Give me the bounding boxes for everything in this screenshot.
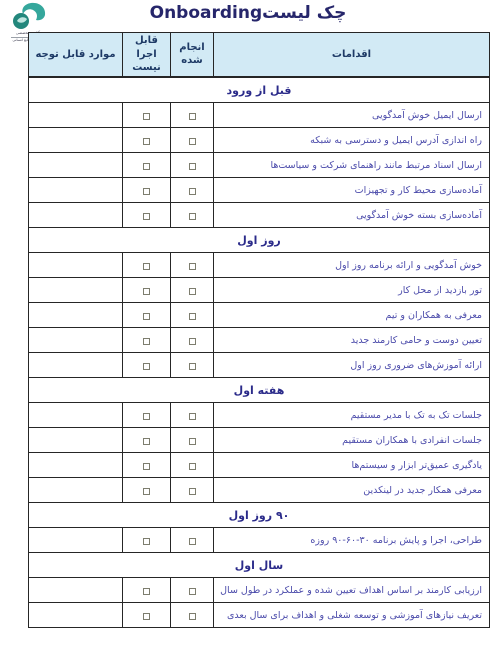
done-checkbox-cell <box>171 403 214 428</box>
not-applicable-checkbox-cell <box>123 478 171 503</box>
done-checkbox-cell <box>171 578 214 603</box>
not-applicable-checkbox[interactable] <box>143 213 150 220</box>
action-label: یادگیری عمیق‌تر ابزار و سیستم‌ها <box>214 453 490 478</box>
not-applicable-checkbox-cell <box>123 328 171 353</box>
not-applicable-checkbox-cell <box>123 153 171 178</box>
notes-cell[interactable] <box>29 128 123 153</box>
checklist-row: ارزیابی کارمند بر اساس اهداف تعیین شده و… <box>29 578 490 603</box>
not-applicable-checkbox-cell <box>123 303 171 328</box>
document-page: آکادمی تخصصی مدیریت منابع انسانی چک لیست… <box>0 0 496 655</box>
section-row: ۹۰ روز اول <box>29 503 490 528</box>
done-checkbox-cell <box>171 353 214 378</box>
checklist-row: ارائه آموزش‌های ضروری روز اول <box>29 353 490 378</box>
column-header-actions: اقدامات <box>214 33 490 77</box>
done-checkbox-cell <box>171 453 214 478</box>
done-checkbox[interactable] <box>189 438 196 445</box>
action-label: ارائه آموزش‌های ضروری روز اول <box>214 353 490 378</box>
done-checkbox[interactable] <box>189 113 196 120</box>
done-checkbox[interactable] <box>189 338 196 345</box>
not-applicable-checkbox-cell <box>123 103 171 128</box>
done-checkbox[interactable] <box>189 138 196 145</box>
notes-cell[interactable] <box>29 453 123 478</box>
not-applicable-checkbox[interactable] <box>143 163 150 170</box>
not-applicable-checkbox-cell <box>123 278 171 303</box>
notes-cell[interactable] <box>29 303 123 328</box>
header-row: اقدامات انجام شده قابل اجرا نیست موارد ق… <box>29 33 490 77</box>
checklist-header-table: اقدامات انجام شده قابل اجرا نیست موارد ق… <box>28 32 490 77</box>
not-applicable-checkbox[interactable] <box>143 363 150 370</box>
not-applicable-checkbox[interactable] <box>143 613 150 620</box>
done-checkbox[interactable] <box>189 413 196 420</box>
not-applicable-checkbox[interactable] <box>143 338 150 345</box>
action-label: ارزیابی کارمند بر اساس اهداف تعیین شده و… <box>214 578 490 603</box>
checklist-row: خوش آمدگویی و ارائه برنامه روز اول <box>29 253 490 278</box>
done-checkbox[interactable] <box>189 288 196 295</box>
not-applicable-checkbox-cell <box>123 178 171 203</box>
notes-cell[interactable] <box>29 403 123 428</box>
done-checkbox-cell <box>171 153 214 178</box>
done-checkbox[interactable] <box>189 588 196 595</box>
notes-cell[interactable] <box>29 603 123 628</box>
not-applicable-checkbox[interactable] <box>143 263 150 270</box>
not-applicable-checkbox[interactable] <box>143 113 150 120</box>
checklist-body: قبل از ورودارسال ایمیل خوش آمدگوییراه ان… <box>29 78 490 628</box>
done-checkbox[interactable] <box>189 488 196 495</box>
done-checkbox[interactable] <box>189 463 196 470</box>
done-checkbox-cell <box>171 203 214 228</box>
done-checkbox-cell <box>171 603 214 628</box>
notes-cell[interactable] <box>29 103 123 128</box>
done-checkbox-cell <box>171 128 214 153</box>
not-applicable-checkbox-cell <box>123 603 171 628</box>
section-row: سال اول <box>29 553 490 578</box>
notes-cell[interactable] <box>29 478 123 503</box>
not-applicable-checkbox[interactable] <box>143 138 150 145</box>
done-checkbox[interactable] <box>189 363 196 370</box>
section-title: قبل از ورود <box>29 78 490 103</box>
done-checkbox[interactable] <box>189 163 196 170</box>
section-row: روز اول <box>29 228 490 253</box>
action-label: تعریف نیازهای آموزشی و توسعه شغلی و اهدا… <box>214 603 490 628</box>
not-applicable-checkbox[interactable] <box>143 463 150 470</box>
checklist-row: تعریف نیازهای آموزشی و توسعه شغلی و اهدا… <box>29 603 490 628</box>
section-title: هفته اول <box>29 378 490 403</box>
action-label: جلسات تک به تک با مدیر مستقیم <box>214 403 490 428</box>
notes-cell[interactable] <box>29 203 123 228</box>
done-checkbox-cell <box>171 528 214 553</box>
checklist-row: یادگیری عمیق‌تر ابزار و سیستم‌ها <box>29 453 490 478</box>
done-checkbox-cell <box>171 253 214 278</box>
action-label: تور بازدید از محل کار <box>214 278 490 303</box>
done-checkbox-cell <box>171 328 214 353</box>
not-applicable-checkbox-cell <box>123 253 171 278</box>
section-title: روز اول <box>29 228 490 253</box>
action-label: طراحی، اجرا و پایش برنامه ۳۰-۶۰-۹۰ روزه <box>214 528 490 553</box>
checklist-row: تور بازدید از محل کار <box>29 278 490 303</box>
action-label: تعیین دوست و حامی کارمند جدید <box>214 328 490 353</box>
done-checkbox[interactable] <box>189 613 196 620</box>
action-label: آماده‌سازی بسته خوش آمدگویی <box>214 203 490 228</box>
done-checkbox[interactable] <box>189 263 196 270</box>
action-label: آماده‌سازی محیط کار و تجهیزات <box>214 178 490 203</box>
done-checkbox[interactable] <box>189 213 196 220</box>
done-checkbox[interactable] <box>189 188 196 195</box>
notes-cell[interactable] <box>29 153 123 178</box>
not-applicable-checkbox-cell <box>123 128 171 153</box>
done-checkbox-cell <box>171 478 214 503</box>
notes-cell[interactable] <box>29 253 123 278</box>
section-title: سال اول <box>29 553 490 578</box>
action-label: ارسال ایمیل خوش آمدگویی <box>214 103 490 128</box>
action-label: معرفی همکار جدید در لینکدین <box>214 478 490 503</box>
checklist-row: معرفی همکار جدید در لینکدین <box>29 478 490 503</box>
not-applicable-checkbox-cell <box>123 403 171 428</box>
checklist-row: تعیین دوست و حامی کارمند جدید <box>29 328 490 353</box>
checklist-row: ارسال اسناد مرتبط مانند راهنمای شرکت و س… <box>29 153 490 178</box>
section-row: هفته اول <box>29 378 490 403</box>
not-applicable-checkbox[interactable] <box>143 488 150 495</box>
section-title: ۹۰ روز اول <box>29 503 490 528</box>
column-header-not-applicable: قابل اجرا نیست <box>123 33 171 77</box>
not-applicable-checkbox-cell <box>123 353 171 378</box>
section-row: قبل از ورود <box>29 78 490 103</box>
page-title: چک لیستOnboarding <box>0 3 496 23</box>
not-applicable-checkbox-cell <box>123 428 171 453</box>
notes-cell[interactable] <box>29 353 123 378</box>
done-checkbox[interactable] <box>189 538 196 545</box>
action-label: معرفی به همکاران و تیم <box>214 303 490 328</box>
checklist-row: ارسال ایمیل خوش آمدگویی <box>29 103 490 128</box>
column-header-done: انجام شده <box>171 33 214 77</box>
not-applicable-checkbox-cell <box>123 578 171 603</box>
checklist-row: معرفی به همکاران و تیم <box>29 303 490 328</box>
not-applicable-checkbox-cell <box>123 528 171 553</box>
notes-cell[interactable] <box>29 178 123 203</box>
checklist-row: آماده‌سازی بسته خوش آمدگویی <box>29 203 490 228</box>
checklist-row: آماده‌سازی محیط کار و تجهیزات <box>29 178 490 203</box>
not-applicable-checkbox[interactable] <box>143 438 150 445</box>
not-applicable-checkbox[interactable] <box>143 588 150 595</box>
notes-cell[interactable] <box>29 428 123 453</box>
not-applicable-checkbox-cell <box>123 453 171 478</box>
checklist-row: راه اندازی آدرس ایمیل و دسترسی به شبکه <box>29 128 490 153</box>
notes-cell[interactable] <box>29 328 123 353</box>
action-label: جلسات انفرادی با همکاران مستقیم <box>214 428 490 453</box>
not-applicable-checkbox[interactable] <box>143 413 150 420</box>
not-applicable-checkbox[interactable] <box>143 313 150 320</box>
not-applicable-checkbox[interactable] <box>143 538 150 545</box>
done-checkbox-cell <box>171 303 214 328</box>
done-checkbox-cell <box>171 103 214 128</box>
notes-cell[interactable] <box>29 278 123 303</box>
checklist-row: جلسات تک به تک با مدیر مستقیم <box>29 403 490 428</box>
action-label: ارسال اسناد مرتبط مانند راهنمای شرکت و س… <box>214 153 490 178</box>
notes-cell[interactable] <box>29 528 123 553</box>
column-header-notes: موارد قابل توجه <box>29 33 123 77</box>
not-applicable-checkbox-cell <box>123 203 171 228</box>
action-label: راه اندازی آدرس ایمیل و دسترسی به شبکه <box>214 128 490 153</box>
done-checkbox-cell <box>171 178 214 203</box>
checklist-row: طراحی، اجرا و پایش برنامه ۳۰-۶۰-۹۰ روزه <box>29 528 490 553</box>
notes-cell[interactable] <box>29 578 123 603</box>
done-checkbox[interactable] <box>189 313 196 320</box>
checklist-row: جلسات انفرادی با همکاران مستقیم <box>29 428 490 453</box>
done-checkbox-cell <box>171 428 214 453</box>
not-applicable-checkbox[interactable] <box>143 288 150 295</box>
checklist-table: قبل از ورودارسال ایمیل خوش آمدگوییراه ان… <box>28 77 490 628</box>
action-label: خوش آمدگویی و ارائه برنامه روز اول <box>214 253 490 278</box>
done-checkbox-cell <box>171 278 214 303</box>
not-applicable-checkbox[interactable] <box>143 188 150 195</box>
